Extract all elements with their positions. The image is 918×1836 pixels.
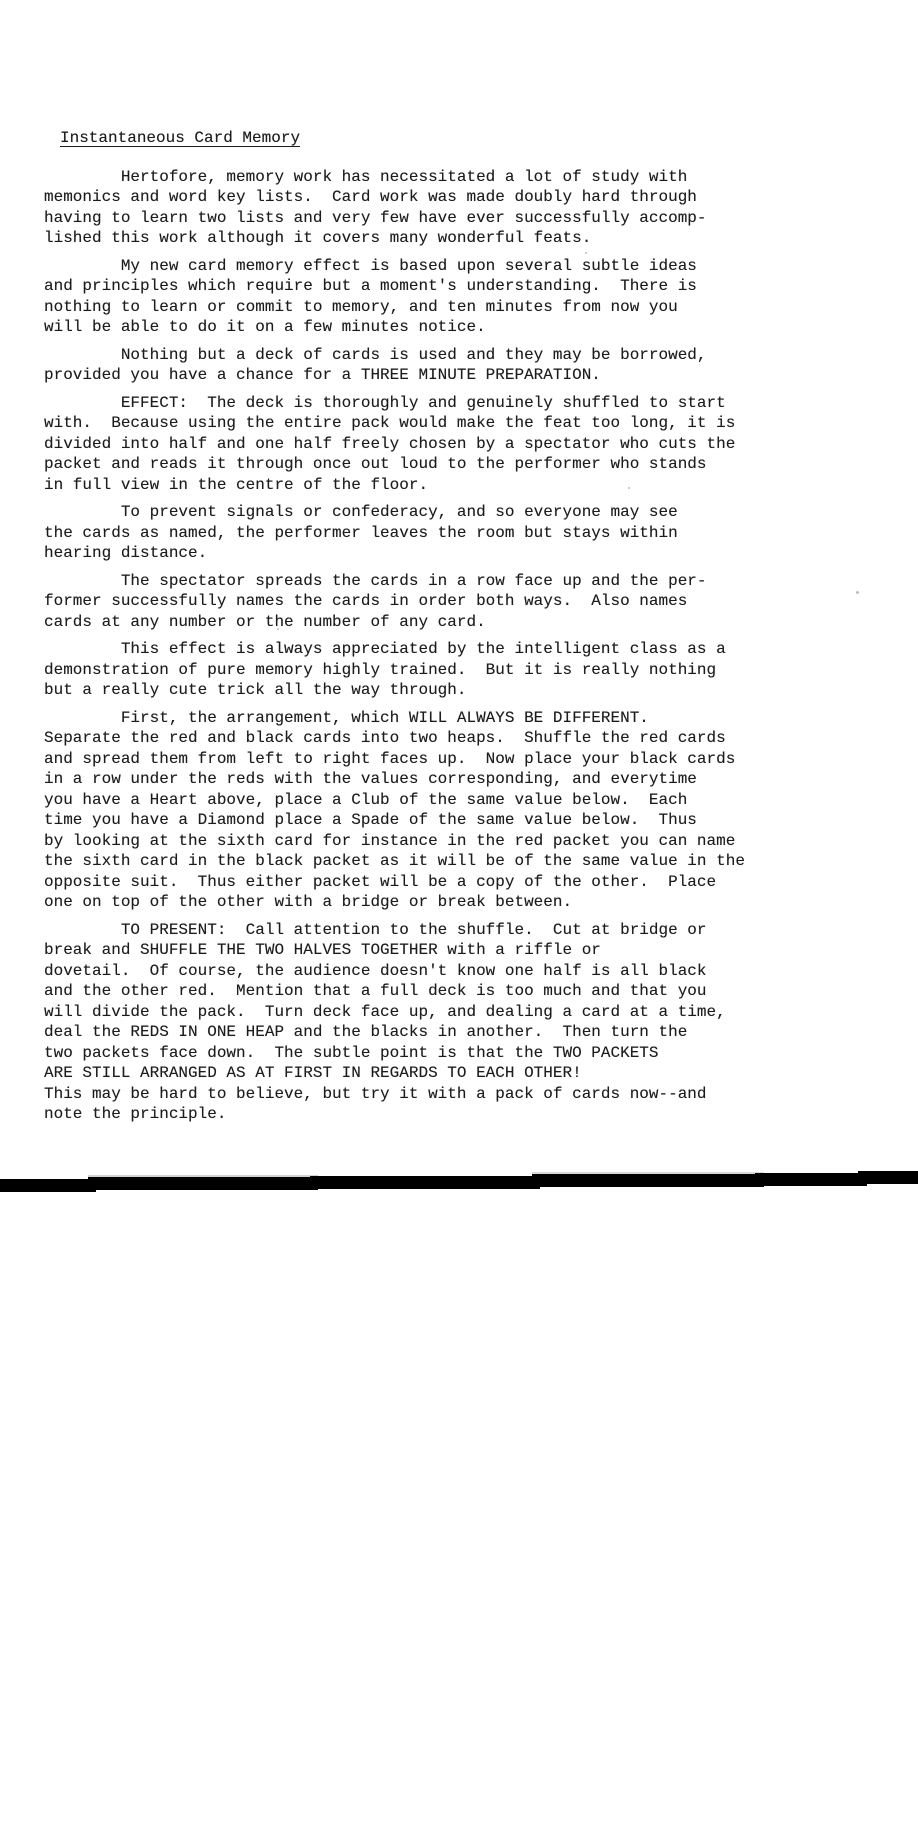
paragraph-spectator-spreads: The spectator spreads the cards in a row… [44, 571, 824, 633]
paragraph-deck-borrowed: Nothing but a deck of cards is used and … [44, 345, 824, 386]
scan-speckle [628, 487, 630, 489]
bar-segment [310, 1176, 540, 1189]
document-text-block: Instantaneous Card Memory Hertofore, mem… [44, 128, 824, 1132]
paragraph-heretofore: Hertofore, memory work has necessitated … [44, 167, 824, 249]
paragraph-new-effect: My new card memory effect is based upon … [44, 256, 824, 338]
bar-segment [755, 1173, 867, 1186]
scan-artifact-black-bar [0, 1171, 918, 1193]
paragraph-arrangement: First, the arrangement, which WILL ALWAY… [44, 708, 824, 913]
scan-speckle [277, 628, 279, 630]
bar-segment [532, 1174, 764, 1187]
paragraph-to-present: TO PRESENT: Call attention to the shuffl… [44, 920, 824, 1125]
scanned-document-page: Instantaneous Card Memory Hertofore, mem… [0, 0, 918, 1836]
paragraph-appreciated: This effect is always appreciated by the… [44, 639, 824, 701]
document-title: Instantaneous Card Memory [60, 128, 824, 149]
bar-segment [0, 1179, 96, 1192]
scan-speckle [585, 252, 587, 254]
bar-segment [858, 1171, 918, 1184]
scan-speckle [856, 591, 859, 594]
paragraph-effect: EFFECT: The deck is thoroughly and genui… [44, 393, 824, 496]
bar-segment [88, 1177, 318, 1190]
paragraph-prevent-signals: To prevent signals or confederacy, and s… [44, 502, 824, 564]
